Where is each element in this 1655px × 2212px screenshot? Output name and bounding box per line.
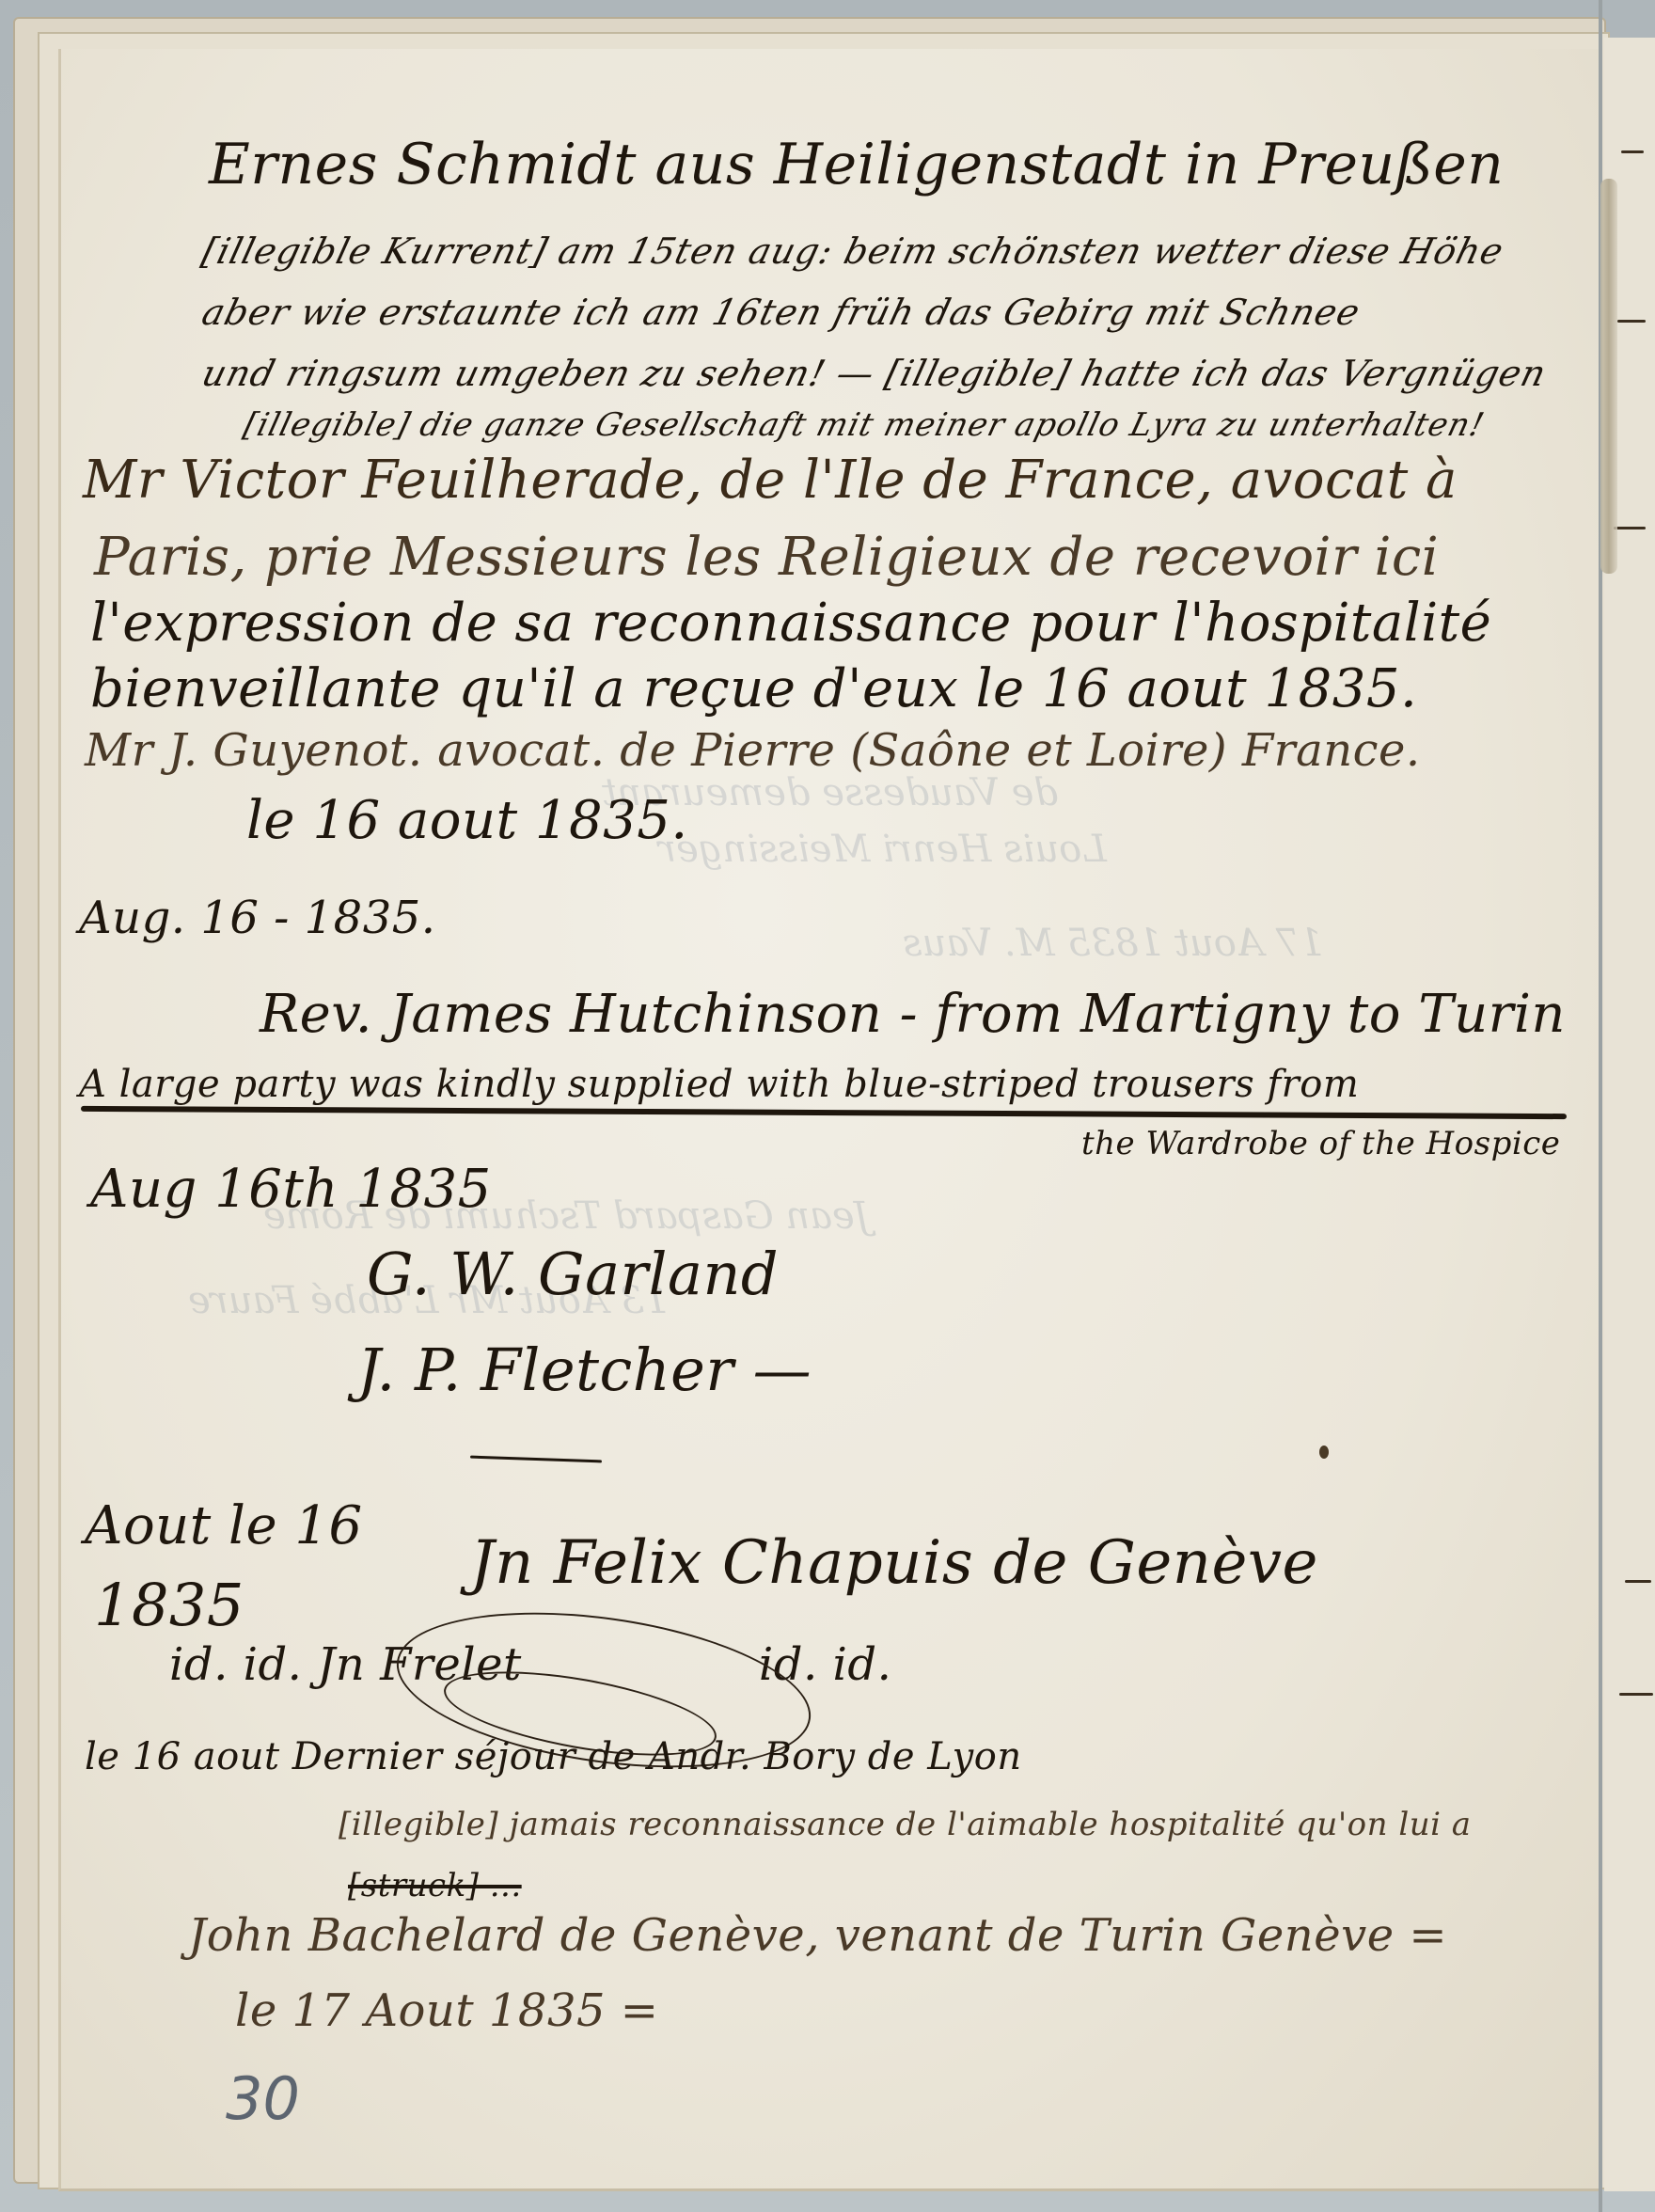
entry-schmidt-line: [illegible] die ganze Gesellschaft mit m…	[240, 406, 1489, 444]
bleed-through-text: 17 Aout 1835 M. Vaus	[903, 922, 1323, 965]
entry-bory-struck-line: [struck] ...	[348, 1867, 522, 1904]
entry-feuilherade-line: l'expression de sa reconnaissance pour l…	[90, 592, 1491, 654]
facing-page-ink	[1619, 1693, 1653, 1696]
bleed-through-text: Louis Henri Meissinger	[658, 828, 1107, 871]
entry-bachelard-date: le 17 Aout 1835 =	[235, 1984, 659, 2037]
entry-bachelard-line: John Bachelard de Genève, venant de Turi…	[188, 1909, 1447, 1962]
entry-chapuis-date: 1835	[94, 1571, 244, 1639]
facing-page-ink	[1621, 150, 1644, 153]
entry-hutchinson-note: A large party was kindly supplied with b…	[79, 1063, 1359, 1106]
entry-guyenot-line: Mr J. Guyenot. avocat. de Pierre (Saône …	[85, 724, 1421, 777]
entry-hutchinson-name: Rev. James Hutchinson - from Martigny to…	[260, 984, 1566, 1045]
entry-guyenot-date: le 16 aout 1835.	[246, 790, 688, 851]
entry-feuilherade-line: Paris, prie Messieurs les Religieux de r…	[94, 527, 1439, 588]
entry-garland-signature: G. W. Garland	[367, 1240, 779, 1308]
entry-schmidt-line: und ringsum umgeben zu sehen! — [illegib…	[198, 353, 1552, 394]
entry-chapuis-signature: Jn Felix Chapuis de Genève	[470, 1528, 1318, 1598]
entry-feuilherade-line: Mr Victor Feuilherade, de l'Ile de Franc…	[83, 450, 1458, 511]
facing-page-ink	[1625, 1580, 1651, 1583]
page-number: 30	[226, 2064, 300, 2133]
entry-hutchinson-date: Aug. 16 - 1835.	[79, 892, 436, 944]
facing-page-ink	[1617, 320, 1646, 323]
entry-bory-line: le 16 aout Dernier séjour de Andr. Bory …	[85, 1735, 1022, 1778]
entry-hutchinson-note: the Wardrobe of the Hospice	[1081, 1125, 1560, 1162]
entry-garland-date: Aug 16th 1835	[90, 1159, 492, 1220]
entry-feuilherade-line: bienveillante qu'il a reçue d'eux le 16 …	[90, 658, 1417, 719]
entry-schmidt-heading: Ernes Schmidt aus Heiligenstadt in Preuß…	[209, 132, 1504, 197]
entry-bory-line: [illegible] jamais reconnaissance de l'a…	[339, 1806, 1472, 1843]
entry-chapuis-date: Aout le 16	[85, 1495, 363, 1556]
facing-page-ink	[1614, 527, 1646, 529]
entry-fletcher-signature: J. P. Fletcher —	[357, 1335, 812, 1404]
ink-blot	[1319, 1446, 1329, 1459]
binding-fold	[1600, 179, 1617, 574]
entry-schmidt-line: [illegible Kurrent] am 15ten aug: beim s…	[198, 230, 1508, 272]
entry-schmidt-line: aber wie erstaunte ich am 16ten früh das…	[198, 292, 1365, 333]
